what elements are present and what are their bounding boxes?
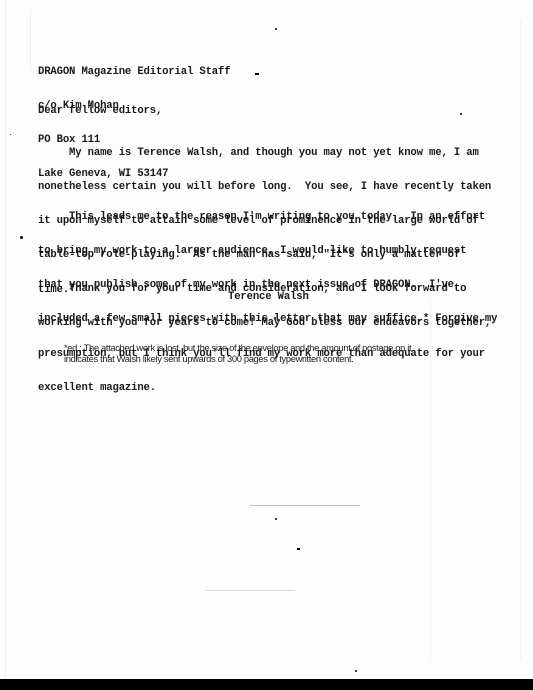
paragraph-line: to bring my work to a larger audience, I… xyxy=(38,246,497,257)
scan-speck xyxy=(460,113,462,115)
scan-speck xyxy=(213,321,215,323)
paragraph-line: This leads me to the reason I'm writing … xyxy=(38,212,497,223)
scan-speck xyxy=(255,73,259,75)
scan-streak xyxy=(250,505,360,506)
scan-speck xyxy=(274,317,276,319)
scan-noise xyxy=(30,10,31,70)
scan-speck xyxy=(275,28,277,30)
scan-speck xyxy=(20,236,23,239)
salutation: Dear fellow editors, xyxy=(38,106,162,117)
paragraph-line: My name is Terence Walsh, and though you… xyxy=(38,148,491,159)
scan-speck xyxy=(355,670,357,672)
editor-note: *ed.: The attached work is lost, but the… xyxy=(64,343,484,365)
scan-speck xyxy=(275,518,277,520)
scan-noise xyxy=(5,0,6,679)
paragraph-line: working with you for years to come! May … xyxy=(38,318,491,329)
address-line: DRAGON Magazine Editorial Staff xyxy=(38,67,230,78)
paragraph-line: excellent magazine. xyxy=(38,383,497,394)
scan-noise xyxy=(520,20,521,660)
scan-speck xyxy=(297,548,300,550)
scan-speck xyxy=(10,134,11,135)
signature: Terence Walsh xyxy=(228,292,309,303)
scan-streak xyxy=(205,590,295,591)
scanned-letter-page: DRAGON Magazine Editorial Staff c/o Kim … xyxy=(0,0,533,679)
scan-noise xyxy=(430,300,431,660)
scan-bottom-border xyxy=(0,679,533,690)
paragraph-closing: Thank you for your time and consideratio… xyxy=(38,261,491,352)
editor-note-line: indicates that Walsh likely sent upwards… xyxy=(64,354,484,365)
